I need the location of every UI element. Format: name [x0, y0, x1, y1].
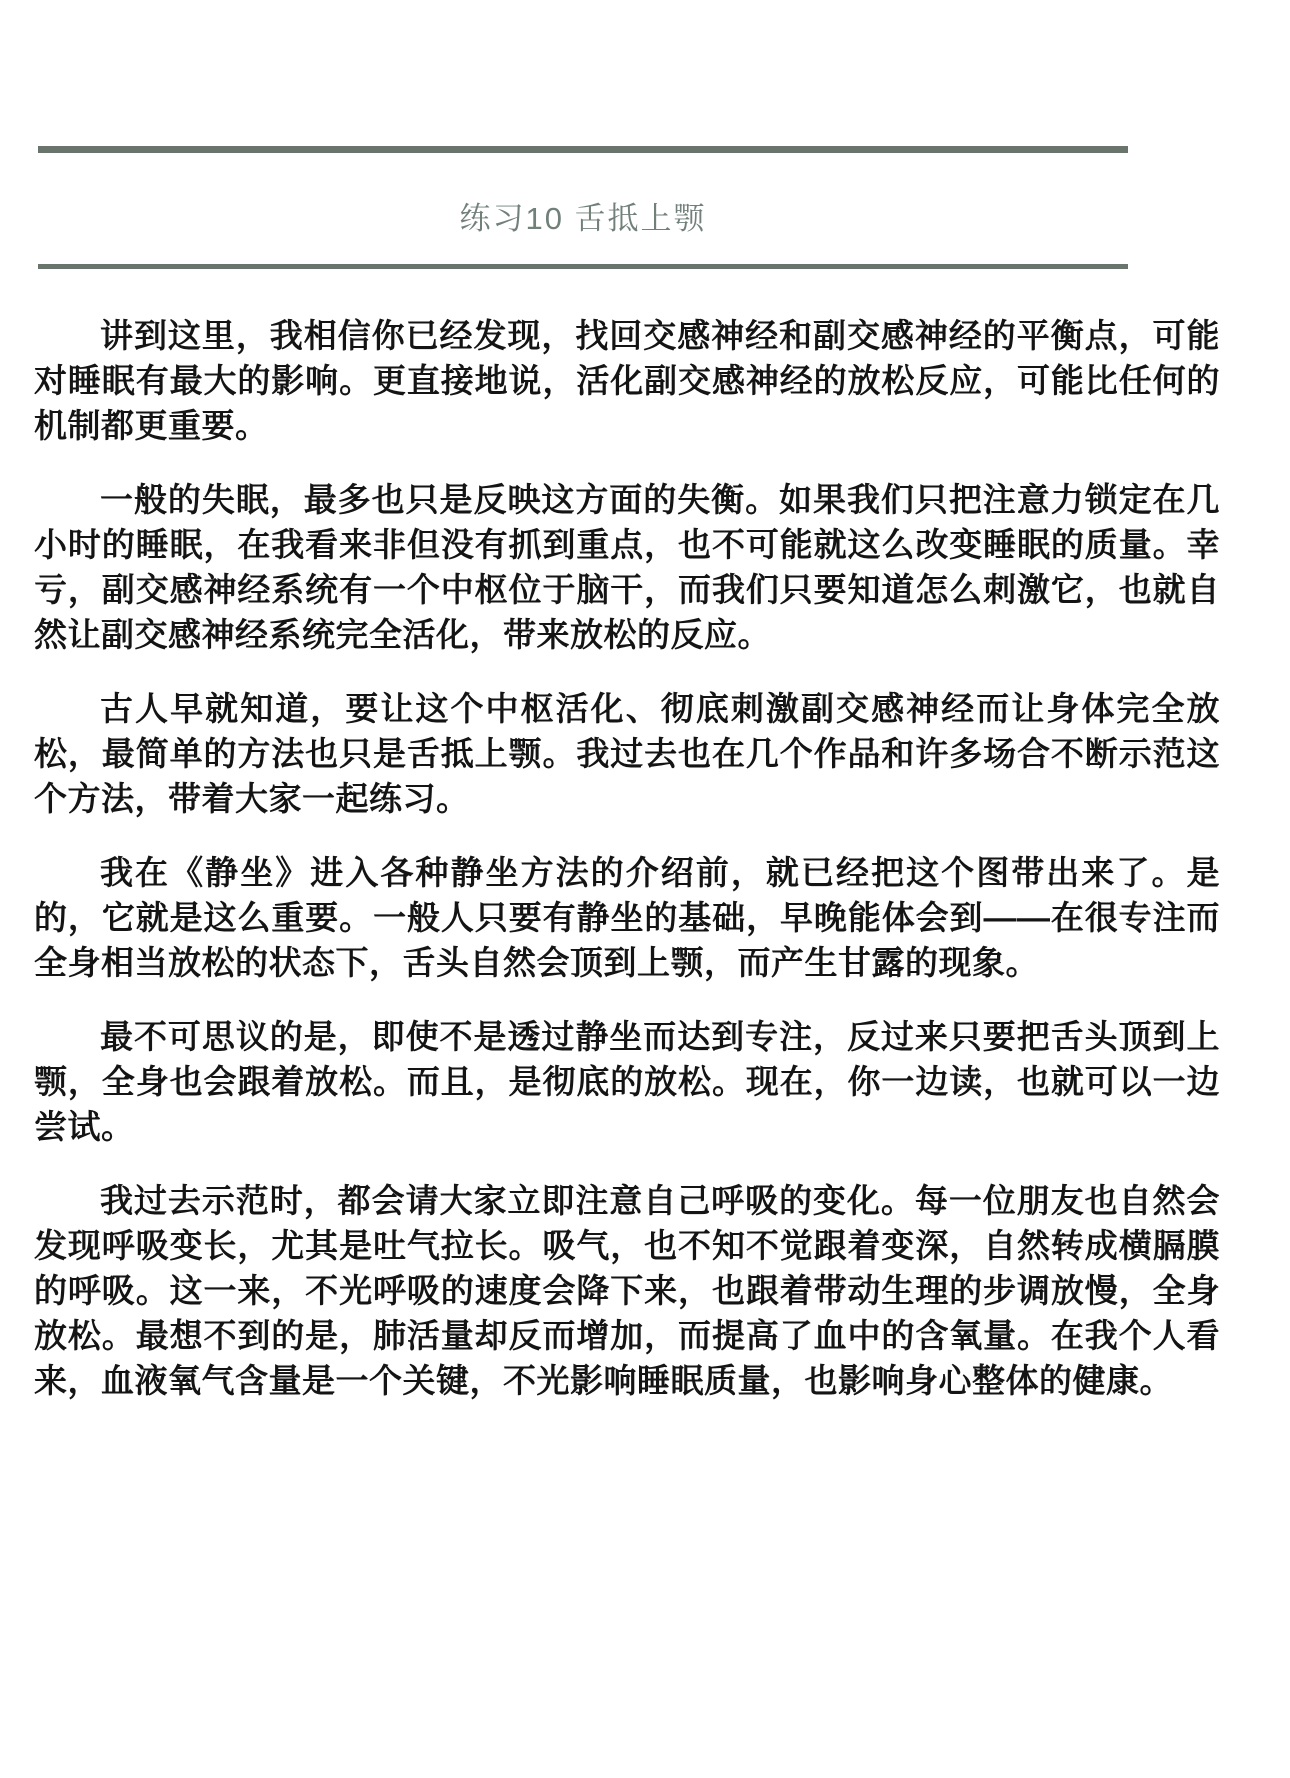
- paragraph: 我在《静坐》进入各种静坐方法的介绍前，就已经把这个图带出来了。是的，它就是这么重…: [34, 850, 1220, 985]
- chapter-title: 练习10 舌抵上颚: [38, 193, 1128, 238]
- paragraph: 讲到这里，我相信你已经发现，找回交感神经和副交感神经的平衡点，可能对睡眠有最大的…: [34, 313, 1220, 448]
- paragraph: 古人早就知道，要让这个中枢活化、彻底刺激副交感神经而让身体完全放松，最简单的方法…: [34, 686, 1220, 821]
- paragraph: 我过去示范时，都会请大家立即注意自己呼吸的变化。每一位朋友也自然会发现呼吸变长，…: [34, 1178, 1220, 1403]
- title-divider-rule: [38, 264, 1128, 269]
- top-divider-rule: [38, 146, 1128, 153]
- paragraph: 一般的失眠，最多也只是反映这方面的失衡。如果我们只把注意力锁定在几小时的睡眠，在…: [34, 477, 1220, 657]
- paragraph: 最不可思议的是，即使不是透过静坐而达到专注，反过来只要把舌头顶到上颚，全身也会跟…: [34, 1014, 1220, 1149]
- chapter-body: 讲到这里，我相信你已经发现，找回交感神经和副交感神经的平衡点，可能对睡眠有最大的…: [34, 313, 1220, 1403]
- ebook-page: 练习10 舌抵上颚 讲到这里，我相信你已经发现，找回交感神经和副交感神经的平衡点…: [0, 0, 1290, 1778]
